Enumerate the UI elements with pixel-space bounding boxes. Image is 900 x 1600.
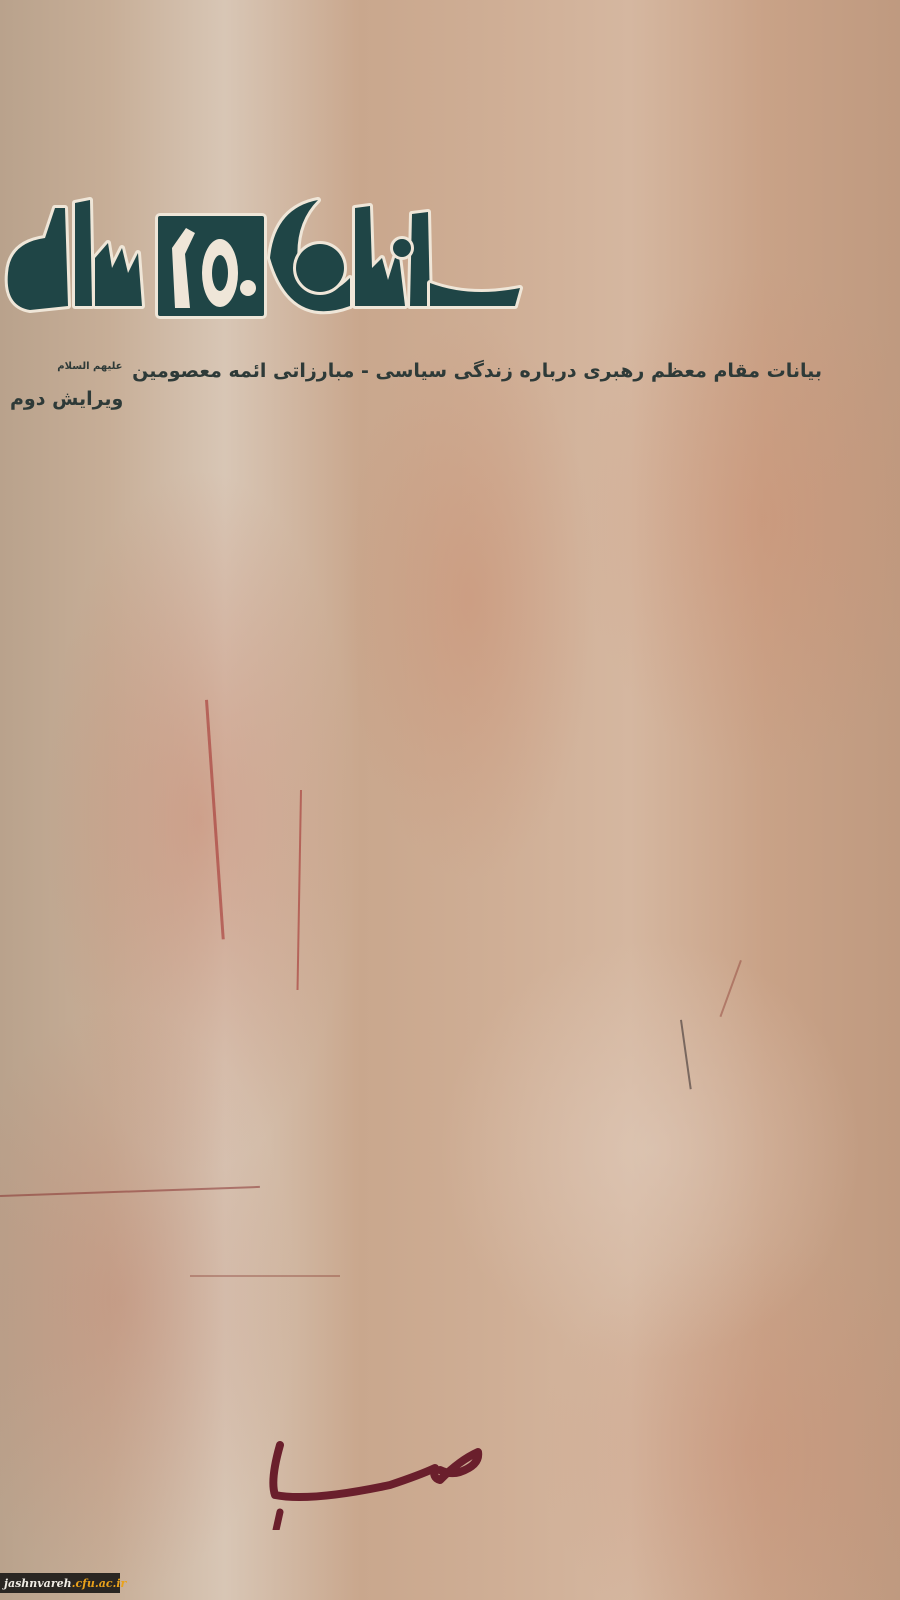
scratch-mark [205, 700, 225, 940]
scratch-mark [0, 1186, 260, 1197]
book-title: انسان ۲۵۰ ساله [0, 188, 900, 328]
scratch-mark [680, 1020, 692, 1090]
scratch-mark [719, 960, 741, 1017]
watermark-part1: jashnvareh [4, 1577, 72, 1590]
publisher-logo: صهبا [250, 1440, 490, 1534]
subtitle-honorific: علیهم السلام [57, 361, 122, 372]
edition-label: ویرایش دوم [10, 388, 123, 410]
watermark-part2: .cfu.ac.ir [72, 1577, 127, 1590]
book-subtitle: بیانات مقام معظم رهبری درباره زندگی سیاس… [54, 360, 822, 382]
scratch-mark [297, 790, 302, 990]
book-cover: انسان ۲۵۰ ساله بیانات مقام معظم رهبری در… [0, 0, 900, 1600]
publisher-calligraphy-graphic [250, 1440, 490, 1530]
site-watermark: jashnvareh.cfu.ac.ir [0, 1573, 120, 1593]
title-lettering-graphic [0, 188, 900, 328]
scratch-mark [190, 1275, 340, 1277]
subtitle-text: بیانات مقام معظم رهبری درباره زندگی سیاس… [132, 360, 822, 382]
